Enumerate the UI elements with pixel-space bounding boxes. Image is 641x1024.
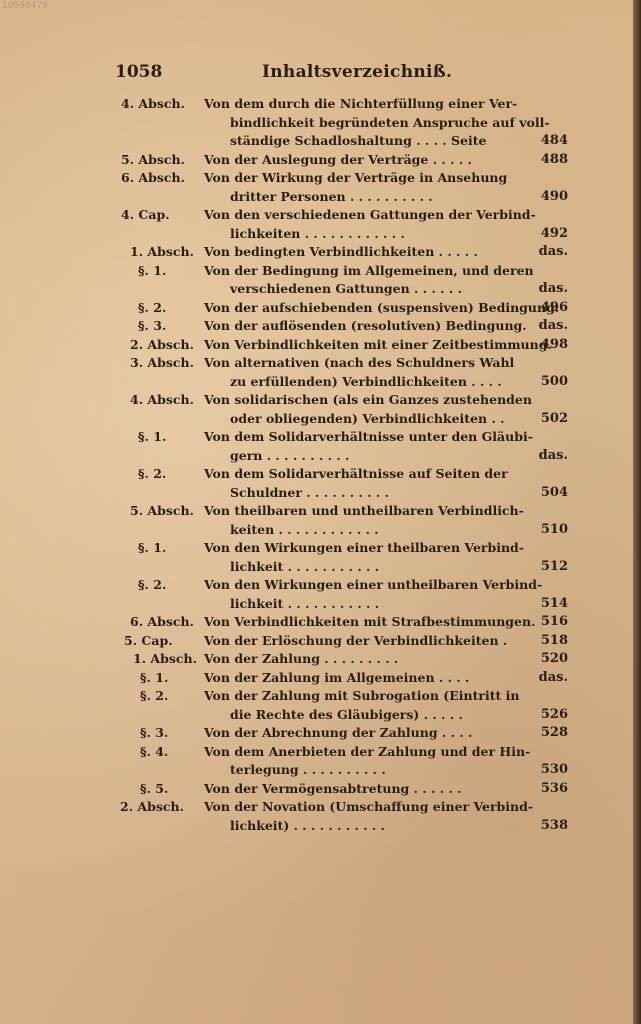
toc-entry[interactable]: 6. Absch.Von der Wirkung der Verträge in… xyxy=(0,169,641,206)
toc-entry-label: 4. Cap. xyxy=(121,206,170,225)
toc-entry[interactable]: §. 2.Von der Zahlung mit Subrogation (Ei… xyxy=(0,687,641,724)
toc-entry-line: Von dem durch die Nichterfüllung einer V… xyxy=(204,95,530,114)
toc-entry-line: Von Verbindlichkeiten mit einer Zeitbest… xyxy=(204,336,530,355)
toc-entry-label: 1. Absch. xyxy=(130,243,194,262)
toc-entry-title: Von der Abrechnung der Zahlung . . . . xyxy=(204,724,530,743)
toc-entry-page: 498 xyxy=(541,336,568,355)
toc-entry-label: 6. Absch. xyxy=(130,613,194,632)
toc-entry-title: Von der Novation (Umschaffung einer Verb… xyxy=(204,798,530,835)
toc-entry-page: 488 xyxy=(541,151,568,170)
toc-entry-title: Von der Wirkung der Verträge in Ansehung… xyxy=(204,169,530,206)
toc-entry-title: Von alternativen (nach des Schuldners Wa… xyxy=(204,354,530,391)
toc-entry-line: gern . . . . . . . . . . xyxy=(204,447,530,466)
toc-entry-line: Von der Wirkung der Verträge in Ansehung xyxy=(204,169,530,188)
toc-entry-line: dritter Personen . . . . . . . . . . xyxy=(204,188,530,207)
toc-entry[interactable]: 1. Absch.Von bedingten Verbindlichkeiten… xyxy=(0,243,641,262)
toc-entry-page: das. xyxy=(539,669,568,688)
toc-entry-title: Von der Vermögensabtretung . . . . . . xyxy=(204,780,530,799)
toc-entry-page: das. xyxy=(539,280,568,299)
toc-entry-title: Von der Erlöschung der Verbindlichkeiten… xyxy=(204,632,530,651)
toc-entry-line: bindlichkeit begründeten Anspruche auf v… xyxy=(204,114,530,133)
toc-entry-page: 520 xyxy=(541,650,568,669)
toc-entry-line: verschiedenen Gattungen . . . . . . xyxy=(204,280,530,299)
toc-entry[interactable]: 3. Absch.Von alternativen (nach des Schu… xyxy=(0,354,641,391)
toc-entry-line: Von Verbindlichkeiten mit Strafbestimmun… xyxy=(204,613,530,632)
toc-entry-title: Von der aufschiebenden (suspensiven) Bed… xyxy=(204,299,530,318)
toc-entry-label: §. 3. xyxy=(140,724,168,743)
toc-entry-line: lichkeit) . . . . . . . . . . . xyxy=(204,817,530,836)
toc-entry[interactable]: §. 1.Von dem Solidarverhältnisse unter d… xyxy=(0,428,641,465)
toc-entry-line: Von alternativen (nach des Schuldners Wa… xyxy=(204,354,530,373)
toc-entry-line: Von dem Solidarverhältnisse unter den Gl… xyxy=(204,428,530,447)
toc-entry-line: Von den Wirkungen einer theilbaren Verbi… xyxy=(204,539,530,558)
toc-entry[interactable]: §. 1.Von der Bedingung im Allgemeinen, u… xyxy=(0,262,641,299)
toc-entry-title: Von der Zahlung mit Subrogation (Eintrit… xyxy=(204,687,530,724)
toc-entry-title: Von dem Anerbieten der Zahlung und der H… xyxy=(204,743,530,780)
toc-entry-label: 2. Absch. xyxy=(130,336,194,355)
toc-entry-page: 526 xyxy=(541,706,568,725)
toc-entry-page: 500 xyxy=(541,373,568,392)
toc-entry-label: 5. Absch. xyxy=(130,502,194,521)
toc-entry-line: Von der Bedingung im Allgemeinen, und de… xyxy=(204,262,530,281)
toc-entry[interactable]: §. 4.Von dem Anerbieten der Zahlung und … xyxy=(0,743,641,780)
toc-entry-label: §. 1. xyxy=(138,428,166,447)
toc-entry[interactable]: §. 2.Von der aufschiebenden (suspensiven… xyxy=(0,299,641,318)
toc-entry-page: 496 xyxy=(541,299,568,318)
toc-entry-title: Von der Auslegung der Verträge . . . . . xyxy=(204,151,530,170)
toc-entry-page: 484 xyxy=(541,132,568,151)
toc-entry-label: 4. Absch. xyxy=(121,95,185,114)
toc-entry-label: 5. Cap. xyxy=(124,632,173,651)
toc-entry-page: 530 xyxy=(541,761,568,780)
toc-entry-line: Von der Auslegung der Verträge . . . . . xyxy=(204,151,530,170)
toc-entry-title: Von bedingten Verbindlichkeiten . . . . … xyxy=(204,243,530,262)
toc-entry-line: ständige Schadloshaltung . . . . Seite xyxy=(204,132,530,151)
toc-entry-title: Von Verbindlichkeiten mit einer Zeitbest… xyxy=(204,336,530,355)
toc-entry-title: Von dem Solidarverhältnisse unter den Gl… xyxy=(204,428,530,465)
toc-entry-line: Von der aufschiebenden (suspensiven) Bed… xyxy=(204,299,530,318)
toc-entry-title: Von den Wirkungen einer theilbaren Verbi… xyxy=(204,539,530,576)
toc-entry-line: Von der Zahlung mit Subrogation (Eintrit… xyxy=(204,687,530,706)
toc-entry[interactable]: §. 3.Von der auflösenden (resolutiven) B… xyxy=(0,317,641,336)
toc-entry-page: 516 xyxy=(541,613,568,632)
toc-entry-title: Von dem durch die Nichterfüllung einer V… xyxy=(204,95,530,151)
toc-entry-title: Von theilbaren und untheilbaren Verbindl… xyxy=(204,502,530,539)
toc-entry-label: §. 1. xyxy=(138,262,166,281)
toc-entry-title: Von der auflösenden (resolutiven) Beding… xyxy=(204,317,530,336)
toc-entry-label: §. 1. xyxy=(140,669,168,688)
toc-entry-label: 6. Absch. xyxy=(121,169,185,188)
toc-entry-line: Von der Zahlung . . . . . . . . . xyxy=(204,650,530,669)
toc-entry-page: 518 xyxy=(541,632,568,651)
toc-entry-line: oder obliegenden) Verbindlichkeiten . . xyxy=(204,410,530,429)
toc-entry-line: Von bedingten Verbindlichkeiten . . . . … xyxy=(204,243,530,262)
toc-entry-label: §. 2. xyxy=(138,299,166,318)
toc-entry[interactable]: 4. Absch.Von solidarischen (als ein Ganz… xyxy=(0,391,641,428)
toc-entry-line: zu erfüllenden) Verbindlichkeiten . . . … xyxy=(204,373,530,392)
toc-entry[interactable]: §. 1.Von der Zahlung im Allgemeinen . . … xyxy=(0,669,641,688)
toc-entry-label: §. 2. xyxy=(138,576,166,595)
toc-entry[interactable]: §. 1.Von den Wirkungen einer theilbaren … xyxy=(0,539,641,576)
toc-entry[interactable]: 2. Absch.Von Verbindlichkeiten mit einer… xyxy=(0,336,641,355)
running-head: 1058 Inhaltsverzeichniß. xyxy=(0,62,641,86)
toc-entry-title: Von Verbindlichkeiten mit Strafbestimmun… xyxy=(204,613,530,632)
toc-entry-line: Von der Erlöschung der Verbindlichkeiten… xyxy=(204,632,530,651)
toc-entry-label: §. 5. xyxy=(140,780,168,799)
toc-entry[interactable]: §. 3.Von der Abrechnung der Zahlung . . … xyxy=(0,724,641,743)
toc-entry-page: 490 xyxy=(541,188,568,207)
toc-entry-label: 3. Absch. xyxy=(130,354,194,373)
page-title: Inhaltsverzeichniß. xyxy=(262,62,452,82)
toc-entry-line: Von theilbaren und untheilbaren Verbindl… xyxy=(204,502,530,521)
page-number: 1058 xyxy=(115,62,162,82)
toc-entry[interactable]: 1. Absch.Von der Zahlung . . . . . . . .… xyxy=(0,650,641,669)
toc-entry-label: §. 2. xyxy=(140,687,168,706)
toc-entry-label: §. 2. xyxy=(138,465,166,484)
book-page: 10590479 1058 Inhaltsverzeichniß. 4. Abs… xyxy=(0,0,641,1024)
toc-entry[interactable]: 5. Absch.Von theilbaren und untheilbaren… xyxy=(0,502,641,539)
toc-entry-line: Von der Vermögensabtretung . . . . . . xyxy=(204,780,530,799)
toc-entry-page: 538 xyxy=(541,817,568,836)
toc-entry-label: §. 1. xyxy=(138,539,166,558)
toc-entry[interactable]: §. 2.Von den Wirkungen einer untheilbare… xyxy=(0,576,641,613)
toc-entry-line: keiten . . . . . . . . . . . . xyxy=(204,521,530,540)
toc-entry-line: lichkeit . . . . . . . . . . . xyxy=(204,558,530,577)
toc-entry-line: Von den verschiedenen Gattungen der Verb… xyxy=(204,206,530,225)
toc-entry-line: Von der Novation (Umschaffung einer Verb… xyxy=(204,798,530,817)
toc-entry-line: Von dem Solidarverhältnisse auf Seiten d… xyxy=(204,465,530,484)
toc-entry-title: Von der Zahlung im Allgemeinen . . . . xyxy=(204,669,530,688)
toc-entry-page: 528 xyxy=(541,724,568,743)
toc-entry-line: Von der Abrechnung der Zahlung . . . . xyxy=(204,724,530,743)
toc-entry-line: Schuldner . . . . . . . . . . xyxy=(204,484,530,503)
scan-id: 10590479 xyxy=(2,1,48,11)
toc-entry-label: 4. Absch. xyxy=(130,391,194,410)
toc-entry[interactable]: 6. Absch.Von Verbindlichkeiten mit Straf… xyxy=(0,613,641,632)
toc-entry-line: Von solidarischen (als ein Ganzes zusteh… xyxy=(204,391,530,410)
toc-entry-page: das. xyxy=(539,243,568,262)
toc-entry-page: das. xyxy=(539,317,568,336)
toc-entry-page: 510 xyxy=(541,521,568,540)
toc-entry-line: lichkeiten . . . . . . . . . . . . xyxy=(204,225,530,244)
toc-entry-label: 1. Absch. xyxy=(133,650,197,669)
toc-entry[interactable]: §. 2.Von dem Solidarverhältnisse auf Sei… xyxy=(0,465,641,502)
toc-entry-title: Von der Zahlung . . . . . . . . . xyxy=(204,650,530,669)
toc-entry-line: terlegung . . . . . . . . . . xyxy=(204,761,530,780)
toc-entry[interactable]: 5. Absch.Von der Auslegung der Verträge … xyxy=(0,151,641,170)
toc-entry-title: Von den verschiedenen Gattungen der Verb… xyxy=(204,206,530,243)
toc-entry-label: §. 3. xyxy=(138,317,166,336)
toc-entry[interactable]: 4. Absch.Von dem durch die Nichterfüllun… xyxy=(0,95,641,151)
toc-entry-line: Von der auflösenden (resolutiven) Beding… xyxy=(204,317,530,336)
toc-entry-line: die Rechte des Gläubigers) . . . . . xyxy=(204,706,530,725)
toc-entry[interactable]: 4. Cap.Von den verschiedenen Gattungen d… xyxy=(0,206,641,243)
toc-entry-line: lichkeit . . . . . . . . . . . xyxy=(204,595,530,614)
toc-entry-page: 512 xyxy=(541,558,568,577)
toc-entry-page: das. xyxy=(539,447,568,466)
toc-entry-title: Von solidarischen (als ein Ganzes zusteh… xyxy=(204,391,530,428)
toc-entry-title: Von dem Solidarverhältnisse auf Seiten d… xyxy=(204,465,530,502)
toc-entry-page: 492 xyxy=(541,225,568,244)
toc-entry-page: 502 xyxy=(541,410,568,429)
toc-entry-page: 504 xyxy=(541,484,568,503)
toc-entry[interactable]: 5. Cap.Von der Erlöschung der Verbindlic… xyxy=(0,632,641,651)
toc-entry-line: Von dem Anerbieten der Zahlung und der H… xyxy=(204,743,530,762)
table-of-contents: 4. Absch.Von dem durch die Nichterfüllun… xyxy=(0,95,641,835)
toc-entry-label: 5. Absch. xyxy=(121,151,185,170)
toc-entry-line: Von den Wirkungen einer untheilbaren Ver… xyxy=(204,576,530,595)
toc-entry-label: 2. Absch. xyxy=(120,798,184,817)
toc-entry-label: §. 4. xyxy=(140,743,168,762)
toc-entry-title: Von der Bedingung im Allgemeinen, und de… xyxy=(204,262,530,299)
toc-entry-title: Von den Wirkungen einer untheilbaren Ver… xyxy=(204,576,530,613)
toc-entry-line: Von der Zahlung im Allgemeinen . . . . xyxy=(204,669,530,688)
toc-entry-page: 514 xyxy=(541,595,568,614)
toc-entry-page: 536 xyxy=(541,780,568,799)
toc-entry[interactable]: §. 5.Von der Vermögensabtretung . . . . … xyxy=(0,780,641,799)
toc-entry[interactable]: 2. Absch.Von der Novation (Umschaffung e… xyxy=(0,798,641,835)
